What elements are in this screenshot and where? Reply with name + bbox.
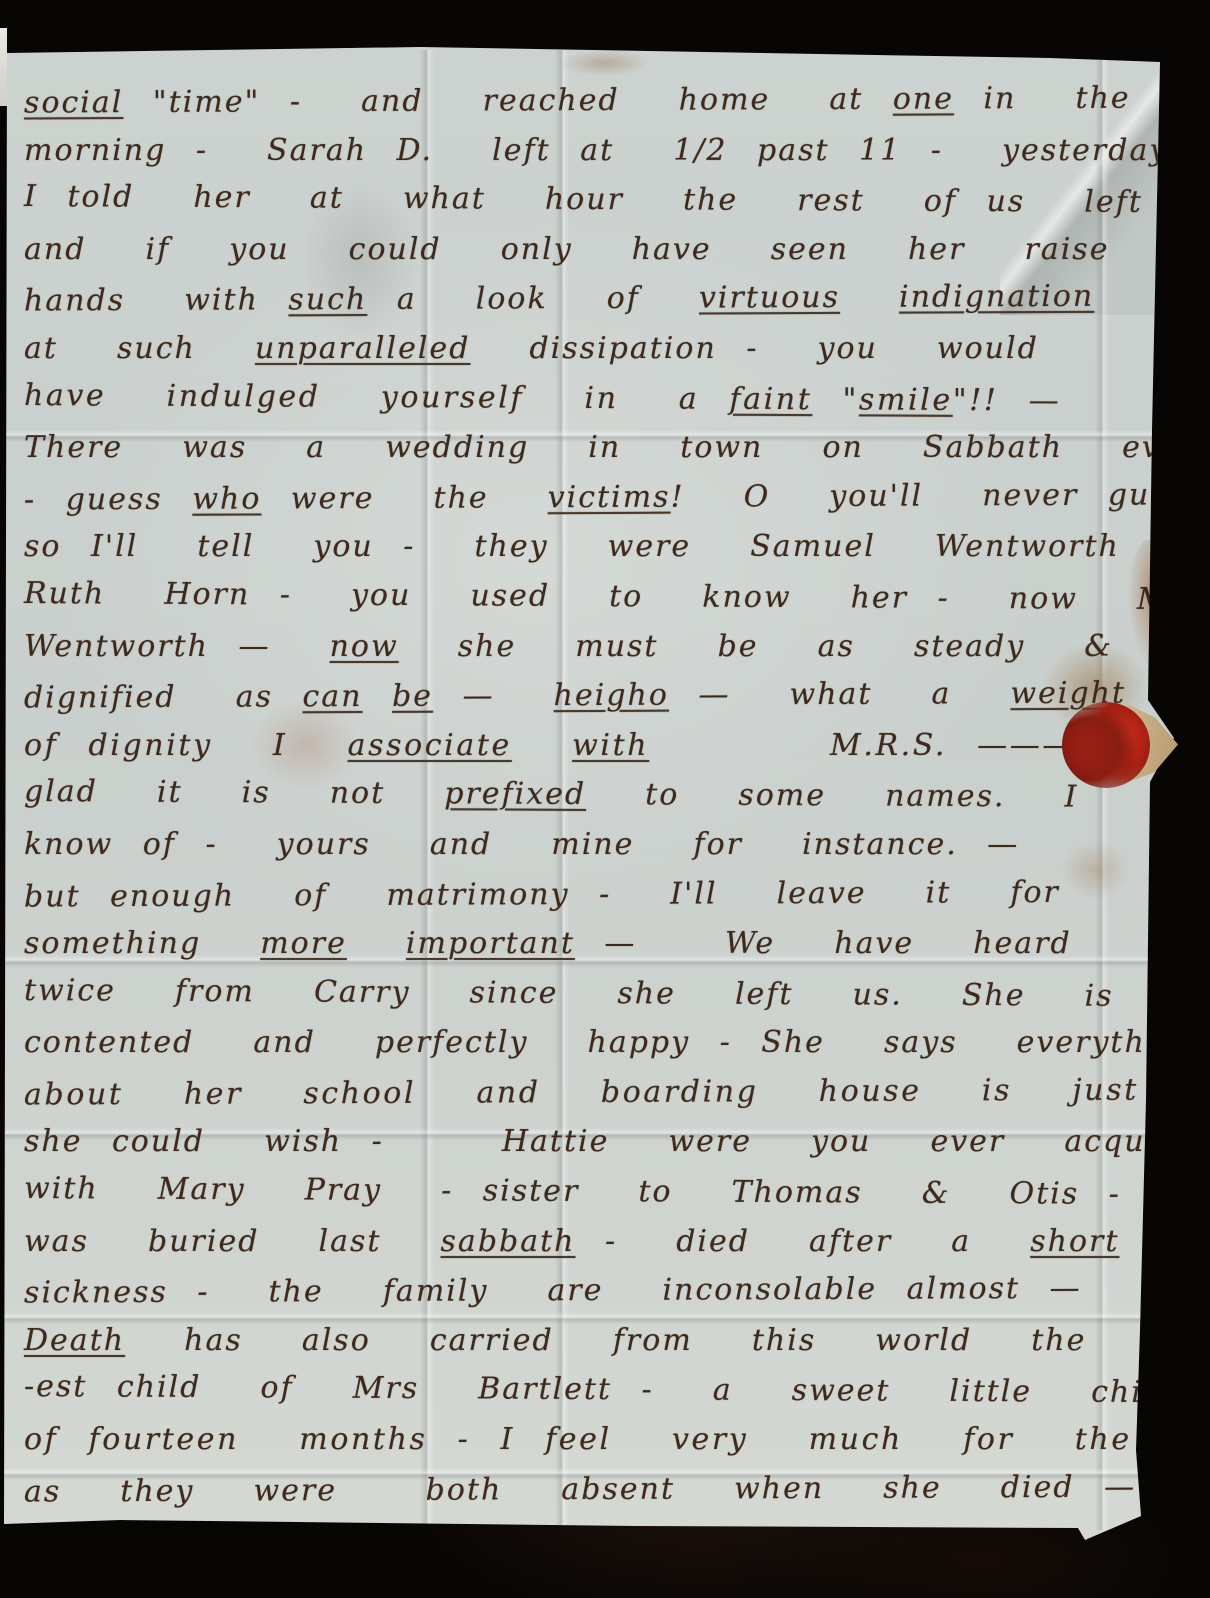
letter-line: I told her at what hour the rest of us l… <box>24 172 1164 228</box>
letter-line: at such unparalleled dissipation - you w… <box>24 324 1164 374</box>
letter-line: contented and perfectly happy - She says… <box>24 1018 1164 1068</box>
letter-page: social "time" - and reached home at one … <box>0 0 1210 1598</box>
letter-line: and if you could only have seen her rais… <box>24 225 1164 275</box>
letter-line: she could wish - Hattie were you ever ac… <box>24 1117 1164 1167</box>
letter-line: - guess who were the victims! O you'll n… <box>24 470 1164 525</box>
letter-line: glad it is not prefixed to some names. I <box>24 767 1164 823</box>
letter-line: Ruth Horn - you used to know her - now M… <box>24 569 1164 625</box>
letter-line: but enough of matrimony - I'll leave it … <box>24 867 1164 922</box>
adjacent-page-edge <box>0 28 7 106</box>
letter-line: hands with such a look of virtuous indig… <box>24 272 1164 327</box>
stain <box>560 50 650 76</box>
letter-line: morning - Sarah D. left at 1/2 past 11 -… <box>24 126 1164 176</box>
letter-line: with Mary Pray - sister to Thomas & Otis… <box>24 1164 1164 1220</box>
letter-line: Death has also carried from this world t… <box>24 1316 1164 1366</box>
letter-lines: social "time" - and reached home at one … <box>24 76 1164 1514</box>
letter-line: There was a wedding in town on Sabbath e… <box>24 423 1164 473</box>
letter-line: of fourteen months - I feel very much fo… <box>24 1415 1164 1465</box>
scanned-letter-scene: social "time" - and reached home at one … <box>0 0 1210 1598</box>
letter-line: sickness - the family are inconsolable a… <box>24 1264 1164 1319</box>
letter-line: about her school and boarding house is j… <box>24 1065 1164 1120</box>
letter-line: something more important — We have heard <box>24 919 1164 969</box>
letter-line: was buried last sabbath - died after a s… <box>24 1217 1164 1267</box>
letter-line: social "time" - and reached home at one … <box>24 74 1164 129</box>
letter-line: -est child of Mrs Bartlett - a sweet lit… <box>24 1362 1164 1418</box>
letter-line: know of - yours and mine for instance. — <box>24 820 1164 870</box>
letter-line: have indulged yourself in a faint "smile… <box>24 371 1164 427</box>
red-wax-seal-remnant <box>1062 702 1150 788</box>
letter-line: twice from Carry since she left us. She … <box>24 966 1164 1022</box>
letter-line: Wentworth — now she must be as steady & <box>24 622 1164 672</box>
letter-line: so I'll tell you - they were Samuel Went… <box>24 522 1164 572</box>
letter-line: as they were both absent when she died — <box>24 1462 1164 1517</box>
letter-line: dignified as can be — heigho — what a we… <box>24 669 1164 724</box>
letter-line: of dignity I associate with M.R.S. ——— <box>24 721 1164 771</box>
